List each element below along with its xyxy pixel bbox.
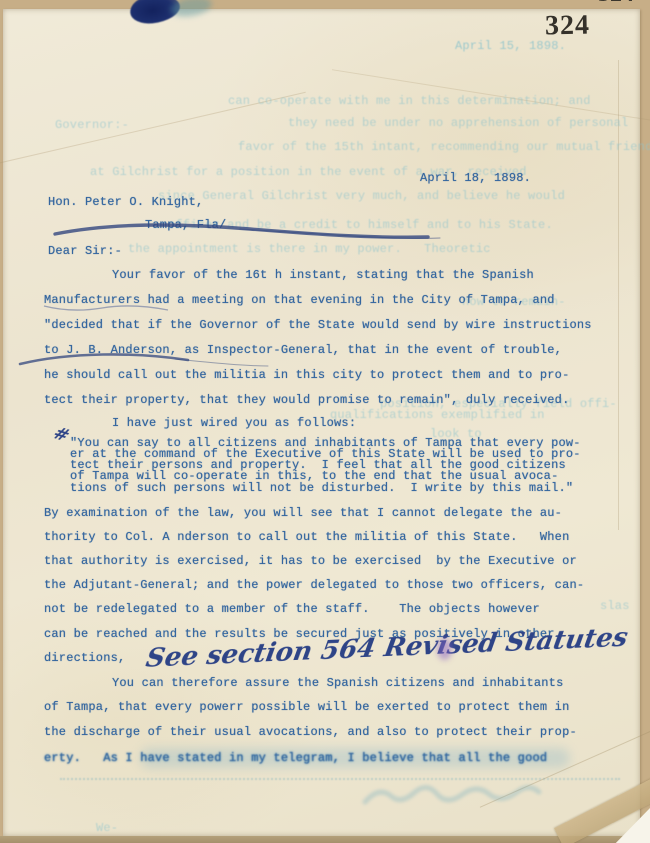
body-line: By examination of the law, you will see … xyxy=(44,507,562,519)
recipient-line: Hon. Peter O. Knight, xyxy=(48,196,203,208)
scanned-letter: 324 324 April 15, 1898.can co-operate wi… xyxy=(0,0,650,843)
body-line: Manufacturers had a meeting on that even… xyxy=(44,294,555,306)
body-line: to J. B. Anderson, as Inspector-General,… xyxy=(44,344,562,356)
violet-ink-blot xyxy=(437,638,452,660)
ghost-line: We- xyxy=(96,822,118,834)
backing-board xyxy=(0,836,650,843)
quote-line: tions of such persons will not be distur… xyxy=(70,482,573,494)
body-line: erty. As I have stated in my telegram, I… xyxy=(44,752,547,764)
body-line: thority to Col. A nderson to call out th… xyxy=(44,531,569,543)
body-line: I have just wired you as follows: xyxy=(112,417,356,429)
ghost-line: since General Gilchrist very much, and b… xyxy=(158,190,565,202)
ghost-line: slas xyxy=(600,600,630,612)
body-line: You can therefore assure the Spanish cit… xyxy=(112,677,563,689)
ghost-line: can co-operate with me in this determina… xyxy=(228,95,591,107)
body-line: he should call out the militia in this c… xyxy=(44,369,569,381)
ghost-line: they need be under no apprehension of pe… xyxy=(288,117,628,129)
ghost-line: the appointment is there in my power. Th… xyxy=(128,243,491,255)
body-line: of Tampa, that every powerr possible wil… xyxy=(44,701,569,713)
body-line: that authority is exercised, it has to b… xyxy=(44,555,577,567)
folio-fragment-behind: 324 xyxy=(598,0,650,8)
body-line: not be redelegated to a member of the st… xyxy=(44,603,540,615)
ghost-line: qualifications exemplified in xyxy=(330,409,545,421)
folio-fragment-text: 324 xyxy=(598,0,634,8)
body-line: tect their property, that they would pro… xyxy=(44,394,569,406)
body-line: "decided that if the Governor of the Sta… xyxy=(44,319,592,331)
body-line: the Adjutant-General; and the power dele… xyxy=(44,579,584,591)
body-line: Your favor of the 16t h instant, stating… xyxy=(112,269,534,281)
salutation-line: Dear Sir:- xyxy=(48,245,122,257)
folio-number: 324 xyxy=(545,10,591,43)
ghost-line: favor of the 15th intant, recommending o… xyxy=(238,141,650,153)
recipient-place-line: Tampa, Fla/ xyxy=(145,219,226,231)
body-line: directions, xyxy=(44,652,125,664)
ghost-line: Governor:- xyxy=(55,119,129,131)
date-line: April 18, 1898. xyxy=(420,172,531,184)
body-line: the discharge of their usual avocations,… xyxy=(44,726,577,738)
ghost-date-line: April 15, 1898. xyxy=(455,40,566,52)
